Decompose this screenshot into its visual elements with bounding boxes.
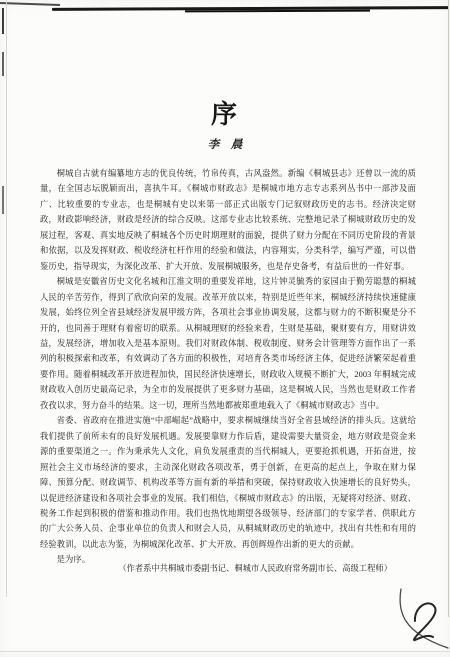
scanned-book-page: 序 李 晨 桐城自古就有编纂地方志的优良传统，竹帛传真，古风盎然。新编《桐城县志… <box>0 0 450 657</box>
handwritten-page-number-glyph <box>408 597 442 647</box>
scan-edge-top-left-mark <box>0 2 60 6</box>
author-signature-line: （作者系中共桐城市委副书记、桐城市人民政府常务副市长、高级工程师） <box>40 562 392 574</box>
preface-paragraph-3: 省委、省政府在推进实施“中部崛起”战略中，要求桐城继续当好全省县域经济的排头兵。… <box>40 413 416 552</box>
author-name: 李 晨 <box>0 136 450 152</box>
preface-paragraph-2: 桐城是安徽省历史文化名城和江淮文明的重要发祥地，这片钟灵毓秀的家园由于勤劳聪慧的… <box>40 274 416 413</box>
scan-edge-left-dash <box>2 186 4 214</box>
preface-paragraph-1: 桐城自古就有编纂地方志的优良传统，竹帛传真，古风盎然。新编《桐城县志》还曾以一流… <box>40 166 416 274</box>
scan-edge-left-dash <box>2 52 4 76</box>
scan-edge-left-line <box>6 0 7 597</box>
handwritten-page-number-value: 2 <box>0 0 1 1</box>
preface-body: 桐城自古就有编纂地方志的优良传统，竹帛传真，古风盎然。新编《桐城县志》还曾以一流… <box>40 166 416 568</box>
scan-edge-left-dash <box>2 8 4 34</box>
scan-edge-top-thick-segment <box>185 10 370 13</box>
scan-edge-right-line <box>448 0 449 617</box>
page-title: 序 <box>0 94 450 131</box>
